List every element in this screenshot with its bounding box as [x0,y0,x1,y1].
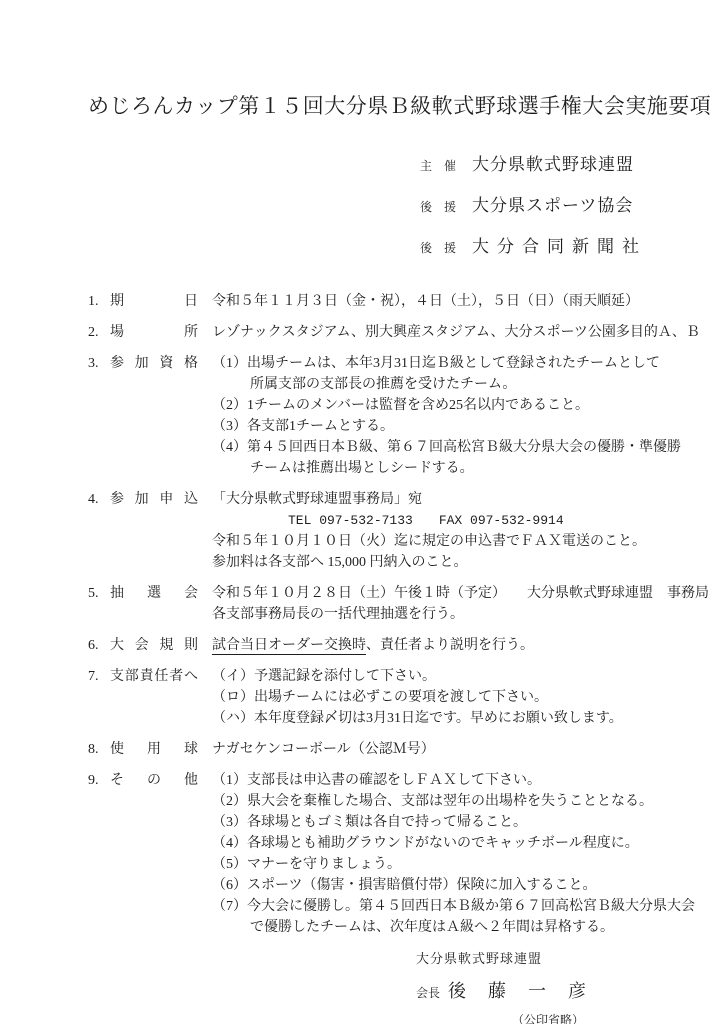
item-label: 使用球 [110,739,198,760]
president-title: 会長 [416,984,440,1001]
sponsor-name: 大分県スポーツ協会 [472,191,633,216]
item-row-venue: 2. 場所 レゾナックスタジアム、別大興産スタジアム、大分スポーツ公園多目的Ａ、… [88,322,724,343]
item-content-line: レゾナックスタジアム、別大興産スタジアム、大分スポーツ公園多目的Ａ、Ｂ [212,322,724,343]
item-content-line: 令和５年１０月１０日（火）迄に規定の申込書でＦＡＸ電送のこと。 [212,531,724,552]
item-row-misc: 9. その他 （1）支部長は申込書の確認をしＦＡＸして下さい。 （2）県大会を棄… [88,770,724,938]
item-content-line: で優勝したチームは、次年度はＡ級へ２年間は昇格する。 [212,917,724,938]
item-content: 試合当日オーダー交換時、責任者より説明を行う。 [212,635,724,656]
item-row-ball: 8. 使用球 ナガセケンコーボール（公認Ｍ号） [88,739,724,760]
sponsor-role: 後 援 [420,198,460,215]
item-content-line: （4）第４５回西日本Ｂ級、第６７回高松宮Ｂ級大分県大会の優勝・準優勝 [212,437,724,458]
item-content-line: ナガセケンコーボール（公認Ｍ号） [212,739,724,760]
item-content: 令和５年１０月２８日（土）午後１時（予定） 大分県軟式野球連盟 事務局 各支部事… [212,583,724,625]
sponsor-row-shusai: 主 催 大分県軟式野球連盟 [420,150,724,175]
item-content-line: （2）1チームのメンバーは監督を含め25名以内であること。 [212,395,724,416]
item-label: 場所 [110,322,198,343]
item-content-line: （2）県大会を棄権した場合、支部は翌年の出場枠を失うこととなる。 [212,791,724,812]
item-content: 「大分県軟式野球連盟事務局」宛 TEL 097-532-7133 FAX 097… [212,489,724,573]
president-line: 会長 後 藤 一 彦 [416,977,724,1003]
item-content-line: 参加料は各支部へ 15,000 円納入のこと。 [212,552,724,573]
item-number: 1. [88,291,110,312]
item-list: 1. 期日 令和５年１１月３日（金・祝），４日（土），５日（日）（雨天順延） 2… [88,291,724,938]
item-row-rules: 6. 大会規則 試合当日オーダー交換時、責任者より説明を行う。 [88,635,724,656]
sponsor-role: 主 催 [420,157,460,174]
item-content-line: （ハ）本年度登録〆切は3月31日迄です。早めにお願い致します。 [212,708,724,729]
item-content-line: 「大分県軟式野球連盟事務局」宛 [212,489,724,510]
item-label: 参加資格 [110,353,198,479]
sponsor-name: 大分県軟式野球連盟 [472,150,634,175]
item-content: 令和５年１１月３日（金・祝），４日（土），５日（日）（雨天順延） [212,291,724,312]
item-number: 3. [88,353,110,479]
sponsor-row-koen-2: 後 援 大分合同新聞社 [420,232,724,257]
item-content-line-telfax: TEL 097-532-7133 FAX 097-532-9914 [212,510,724,531]
item-label: 支部責任者へ [110,666,198,729]
item-label: 大会規則 [110,635,198,656]
item-number: 6. [88,635,110,656]
item-content-line: （イ）予選記録を添付して下さい。 [212,666,724,687]
item-row-lottery: 5. 抽選会 令和５年１０月２８日（土）午後１時（予定） 大分県軟式野球連盟 事… [88,583,724,625]
item-label: その他 [110,770,198,938]
item-content-line: 令和５年１１月３日（金・祝），４日（土），５日（日）（雨天順延） [212,291,724,312]
document-title: めじろんカップ第１５回大分県Ｂ級軟式野球選手権大会実施要項 [88,90,724,120]
item-content: （1）支部長は申込書の確認をしＦＡＸして下さい。 （2）県大会を棄権した場合、支… [212,770,724,938]
item-row-eligibility: 3. 参加資格 （1）出場チームは、本年3月31日迄Ｂ級として登録されたチームと… [88,353,724,479]
item-content: ナガセケンコーボール（公認Ｍ号） [212,739,724,760]
president-name: 後 藤 一 彦 [448,977,588,1003]
item-number: 2. [88,322,110,343]
signature-block: 大分県軟式野球連盟 会長 後 藤 一 彦 （公印省略） [416,948,724,1024]
item-number: 9. [88,770,110,938]
item-row-branch-managers: 7. 支部責任者へ （イ）予選記録を添付して下さい。 （ロ）出場チームには必ずこ… [88,666,724,729]
item-content-line: （1）支部長は申込書の確認をしＦＡＸして下さい。 [212,770,724,791]
item-row-date: 1. 期日 令和５年１１月３日（金・祝），４日（土），５日（日）（雨天順延） [88,291,724,312]
item-number: 5. [88,583,110,625]
item-content-line: （ロ）出場チームには必ずこの要項を渡して下さい。 [212,687,724,708]
seal-omitted-note: （公印省略） [512,1011,724,1024]
item-content-line: 所属支部の支部長の推薦を受けたチーム。 [212,374,724,395]
item-content-line: 各支部事務局長の一括代理抽選を行う。 [212,604,724,625]
item-content-line: （1）出場チームは、本年3月31日迄Ｂ級として登録されたチームとして [212,353,724,374]
item-content-line: （5）マナーを守りましょう。 [212,854,724,875]
item-number: 4. [88,489,110,573]
item-label: 期日 [110,291,198,312]
item-row-application: 4. 参加申込 「大分県軟式野球連盟事務局」宛 TEL 097-532-7133… [88,489,724,573]
document-page: めじろんカップ第１５回大分県Ｂ級軟式野球選手権大会実施要項 主 催 大分県軟式野… [0,0,724,1024]
sponsor-row-koen-1: 後 援 大分県スポーツ協会 [420,191,724,216]
item-content: レゾナックスタジアム、別大興産スタジアム、大分スポーツ公園多目的Ａ、Ｂ [212,322,724,343]
item-content-line: チームは推薦出場としシードする。 [212,458,724,479]
item-content-line: （3）各球場ともゴミ類は各自で持って帰ること。 [212,812,724,833]
item-content-text: 、責任者より説明を行う。 [366,638,534,653]
item-content-line: 令和５年１０月２８日（土）午後１時（予定） 大分県軟式野球連盟 事務局 [212,583,724,604]
item-content-line: （3）各支部1チームとする。 [212,416,724,437]
item-label: 抽選会 [110,583,198,625]
item-content: （イ）予選記録を添付して下さい。 （ロ）出場チームには必ずこの要項を渡して下さい… [212,666,724,729]
organization-name: 大分県軟式野球連盟 [416,948,724,967]
underlined-text: 試合当日オーダー交換時 [212,638,366,655]
item-content-line: （4）各球場とも補助グラウンドがないのでキャッチボール程度に。 [212,833,724,854]
item-content-line: （6）スポーツ（傷害・損害賠償付帯）保険に加入すること。 [212,875,724,896]
item-number: 7. [88,666,110,729]
sponsor-name: 大分合同新聞社 [472,232,647,257]
sponsor-block: 主 催 大分県軟式野球連盟 後 援 大分県スポーツ協会 後 援 大分合同新聞社 [420,150,724,257]
item-number: 8. [88,739,110,760]
item-label: 参加申込 [110,489,198,573]
item-content: （1）出場チームは、本年3月31日迄Ｂ級として登録されたチームとして 所属支部の… [212,353,724,479]
sponsor-role: 後 援 [420,239,460,256]
item-content-line: 試合当日オーダー交換時、責任者より説明を行う。 [212,635,724,656]
item-content-line: （7）今大会に優勝し。第４５回西日本Ｂ級か第６７回高松宮Ｂ級大分県大会 [212,896,724,917]
